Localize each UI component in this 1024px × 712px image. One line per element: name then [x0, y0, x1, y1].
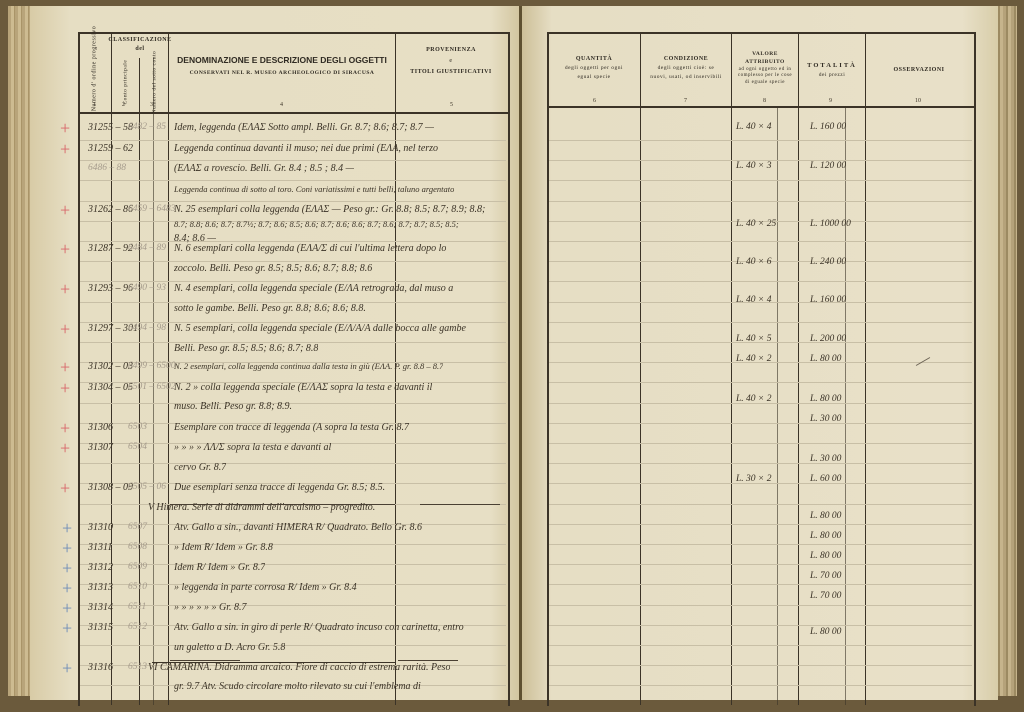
sub-account-number: 6494 – 98: [128, 323, 166, 333]
entry-number: 31302 – 03: [88, 361, 133, 372]
check-mark-icon: +: [60, 438, 70, 459]
ruled-line: [549, 423, 972, 424]
entry-number: 31259 – 62: [88, 143, 133, 154]
entry-number: 31314: [88, 602, 113, 613]
ruled-line: [549, 180, 972, 181]
entry-number: 31308 – 09: [88, 482, 133, 493]
entry-number: 31255 – 58: [88, 122, 133, 133]
header-col10: OSSERVAZIONI: [866, 55, 972, 85]
section-end-rule: [170, 504, 395, 505]
entry-description: » » » » ΛΛ/Σ sopra la testa e davanti al: [174, 442, 331, 453]
ruled-line: [80, 160, 506, 161]
check-mark-icon: +: [60, 239, 70, 260]
check-mark-icon: +: [62, 558, 72, 579]
ruled-line: [549, 140, 972, 141]
col-number-8: 8: [763, 98, 766, 104]
ruled-line: [80, 180, 506, 181]
total-price: L. 120 00: [810, 161, 846, 171]
sub-account-number: 6486 – 88: [88, 163, 126, 173]
unit-value: L. 40 × 5: [736, 334, 771, 344]
entry-description: cervo Gr. 8.7: [174, 462, 226, 473]
header-col4-subtitle: CONSERVATI NEL R. MUSEO ARCHEOLOGICO DI …: [170, 66, 394, 80]
check-mark-icon: +: [62, 538, 72, 559]
col-divider-8a: [777, 108, 778, 705]
col-number-9: 9: [829, 98, 832, 104]
total-price: L. 60 00: [810, 474, 841, 484]
ruled-line: [549, 443, 972, 444]
entry-description: » Idem R/ Idem » Gr. 8.8: [174, 542, 273, 553]
entry-description: N. 6 esemplari colla leggenda (ΕΛΑ/Σ di …: [174, 243, 446, 254]
sub-account-number: 6490 – 93: [128, 283, 166, 293]
header-col5-mid: e: [397, 56, 505, 66]
ruled-line: [80, 241, 506, 242]
entry-description: sotto le gambe. Belli. Peso gr. 8.8; 8.6…: [174, 303, 366, 314]
entry-description: » leggenda in parte corrosa R/ Idem » Gr…: [174, 582, 357, 593]
ruled-line: [80, 201, 506, 202]
ruled-line: [549, 665, 972, 666]
col-number-2: 2: [122, 102, 125, 108]
sub-account-number: 6499 – 6500: [128, 361, 176, 371]
col-number-5: 5: [450, 102, 453, 108]
unit-value: L. 40 × 25: [736, 219, 776, 229]
ruled-line: [549, 201, 972, 202]
sub-account-number: 6501 – 6502: [128, 382, 176, 392]
header-col7: CONDIZIONE degli oggetti cioè: se nuovi,…: [641, 38, 731, 98]
sub-account-number: 6505 – 06: [128, 482, 166, 492]
ruled-line: [549, 625, 972, 626]
check-mark-icon: +: [62, 578, 72, 599]
total-price: L. 70 00: [810, 571, 841, 581]
ruled-line: [549, 463, 972, 464]
col-number-4: 4: [280, 102, 283, 108]
check-mark-icon: +: [60, 378, 70, 399]
entry-description: N. 2 esemplari, colla leggenda continua …: [174, 361, 443, 371]
entry-number: 31307: [88, 442, 113, 453]
total-price: L. 240 00: [810, 257, 846, 267]
entry-description: Leggenda continua davanti il muso; nei d…: [174, 143, 438, 154]
total-price: L. 80 00: [810, 531, 841, 541]
sub-account-number: 6482 – 85: [128, 122, 166, 132]
header-col6: QUANTITÀ degli oggetti per ogni egual sp…: [549, 38, 639, 98]
unit-value: L. 40 × 4: [736, 295, 771, 305]
entry-number: 31287 – 92: [88, 243, 133, 254]
ruled-line: [80, 645, 506, 646]
check-mark-icon: +: [60, 118, 70, 139]
header-col3: Numero del sotto conto: [140, 62, 168, 102]
entry-description: Idem, leggenda (ΕΛΑΣ Sotto ampl. Belli. …: [174, 122, 434, 133]
entry-description: (ΕΛΑΣ a rovescio. Belli. Gr. 8.4 ; 8.5 ;…: [174, 163, 354, 174]
entry-number: 31311: [88, 542, 112, 553]
sub-account-number: 6513: [128, 662, 147, 672]
ruled-line: [549, 281, 972, 282]
check-mark-icon: +: [60, 139, 70, 160]
entry-description: zoccolo. Belli. Peso gr. 8.5; 8.5; 8.6; …: [174, 263, 372, 274]
weight-end-rule-2: [398, 660, 458, 661]
unit-value: L. 30 × 2: [736, 474, 771, 484]
col-divider-9a: [845, 108, 846, 705]
header-col9: TOTALITÀ dei prezzi: [799, 50, 865, 90]
check-mark-icon: +: [60, 478, 70, 499]
entry-description: Idem R/ Idem » Gr. 8.7: [174, 562, 265, 573]
unit-value: L. 40 × 2: [736, 394, 771, 404]
ruled-line: [549, 564, 972, 565]
total-price: L. 160 00: [810, 122, 846, 132]
entry-number: 31293 – 96: [88, 283, 133, 294]
entry-description: 8.7; 8.8; 8.6; 8.7; 8.7½; 8.7; 8.6; 8.5;…: [174, 219, 459, 229]
page-stack-right: [995, 6, 1017, 696]
sub-account-number: 6509: [128, 562, 147, 572]
sub-account-number: 6459 – 6483: [128, 204, 176, 214]
entry-description: muso. Belli. Peso gr. 8.8; 8.9.: [174, 401, 292, 412]
entry-description: Atv. Gallo a sin., davanti HIMERA R/ Qua…: [174, 522, 422, 533]
ruled-line: [549, 524, 972, 525]
ruled-line: [80, 140, 506, 141]
entry-description: Leggenda continua di sotto al toro. Coni…: [174, 184, 454, 194]
entry-number: 31262 – 86: [88, 204, 133, 215]
check-mark-icon: +: [60, 357, 70, 378]
check-mark-icon: +: [60, 319, 70, 340]
check-mark-icon: +: [60, 200, 70, 221]
right-header-divider: [547, 106, 974, 108]
ruled-line: [80, 403, 506, 404]
weight-end-rule: [420, 504, 500, 505]
entry-description: un galetto a D. Acro Gr. 5.8: [174, 642, 285, 653]
entry-description: Esemplare con tracce di leggenda (Α sopr…: [174, 422, 409, 433]
sub-account-number: 6507: [128, 522, 147, 532]
entry-number: 31313: [88, 582, 113, 593]
camarina-section-rule: [152, 662, 396, 663]
unit-value: L. 40 × 3: [736, 161, 771, 171]
ruled-line: [549, 322, 972, 323]
ruled-line: [80, 463, 506, 464]
total-price: L. 80 00: [810, 551, 841, 561]
sub-account-number: 6484 – 89: [128, 243, 166, 253]
ruled-line: [80, 261, 506, 262]
ruled-line: [549, 544, 972, 545]
sub-account-number: 6512: [128, 622, 147, 632]
entry-description: N. 5 esemplari, colla leggenda speciale …: [174, 323, 466, 334]
ruled-line: [549, 685, 972, 686]
entry-description: » » » » » » Gr. 8.7: [174, 602, 247, 613]
total-price: L. 160 00: [810, 295, 846, 305]
sub-account-number: 6504: [128, 442, 147, 452]
entry-number: 31310: [88, 522, 113, 533]
header-col-group: CLASSIFICAZIONE del: [112, 34, 168, 56]
col-number-10: 10: [915, 98, 921, 104]
total-price: L. 30 00: [810, 454, 841, 464]
unit-value: L. 40 × 4: [736, 122, 771, 132]
entry-number: 31312: [88, 562, 113, 573]
ruled-line: [549, 504, 972, 505]
entry-description: Atv. Gallo a sin. in giro di perle R/ Qu…: [174, 622, 464, 633]
sub-account-number: 6511: [128, 602, 146, 612]
entry-number: 31315: [88, 622, 113, 633]
check-mark-icon: +: [62, 598, 72, 619]
col-number-3: 3: [150, 102, 153, 108]
check-mark-icon: +: [60, 418, 70, 439]
entry-description: N. 4 esemplari, colla leggenda speciale …: [174, 283, 453, 294]
entry-description: Due esemplari senza tracce di leggenda G…: [174, 482, 385, 493]
col-number-1: 1: [93, 102, 96, 108]
col-number-7: 7: [684, 98, 687, 104]
entry-number: 31304 – 05: [88, 382, 133, 393]
ruled-line: [549, 584, 972, 585]
header-col5-subtitle: TITOLI GIUSTIFICATIVI: [397, 66, 505, 78]
total-price: L. 80 00: [810, 394, 841, 404]
entry-number: 31306: [88, 422, 113, 433]
entry-description: gr. 9.7 Atv. Scudo circolare molto rilev…: [174, 681, 421, 692]
sub-account-number: 6510: [128, 582, 147, 592]
unit-value: L. 40 × 2: [736, 354, 771, 364]
header-col1: Numero d' ordine progressivo: [80, 36, 110, 100]
total-price: L. 30 00: [810, 414, 841, 424]
total-price: L. 80 00: [810, 511, 841, 521]
total-price: L. 1000 00: [810, 219, 851, 229]
ruled-line: [549, 382, 972, 383]
header-col5-title: PROVENIENZA: [397, 44, 505, 56]
check-mark-icon: +: [62, 658, 72, 679]
section-heading: VI CAMARINA. Didramma arcaico. Fiore di …: [148, 662, 450, 673]
total-price: L. 80 00: [810, 354, 841, 364]
total-price: L. 200 00: [810, 334, 846, 344]
entry-description: N. 2 » colla leggenda speciale (Ε/ΛΑΣ so…: [174, 382, 432, 393]
header-col2: Conto principale: [112, 62, 139, 102]
unit-value: L. 40 × 6: [736, 257, 771, 267]
entry-description: N. 25 esemplari colla leggenda (ΕΛΑΣ — P…: [174, 204, 485, 215]
ruled-line: [549, 241, 972, 242]
left-header-divider: [78, 112, 508, 114]
header-col8: VALORE ATTRIBUITO ad ogni oggetto ed in …: [732, 38, 798, 98]
check-mark-icon: +: [60, 279, 70, 300]
sub-account-number: 6503: [128, 422, 147, 432]
entry-number: 31316: [88, 662, 113, 673]
total-price: L. 80 00: [810, 627, 841, 637]
ruled-line: [80, 281, 506, 282]
check-mark-icon: +: [62, 518, 72, 539]
total-price: L. 70 00: [810, 591, 841, 601]
entry-description: Belli. Peso gr. 8.5; 8.5; 8.6; 8.7; 8.8: [174, 343, 318, 354]
col-number-6: 6: [593, 98, 596, 104]
ruled-line: [549, 645, 972, 646]
check-mark-icon: +: [62, 618, 72, 639]
sub-account-number: 6508: [128, 542, 147, 552]
section-end-rule-2: [170, 660, 240, 661]
ruled-line: [549, 605, 972, 606]
